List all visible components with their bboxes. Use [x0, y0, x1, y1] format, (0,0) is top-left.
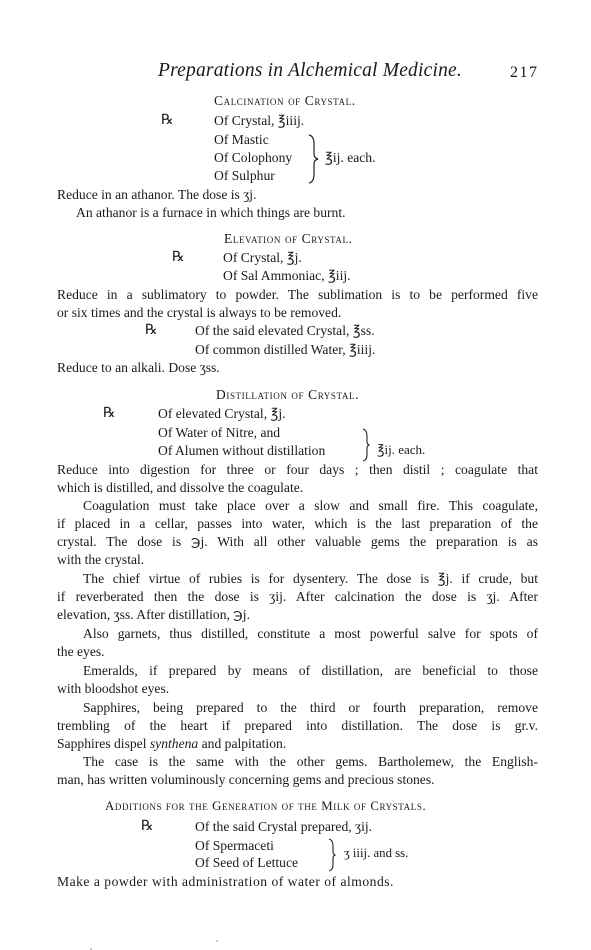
- brace-label: ℥ij. each.: [325, 150, 376, 166]
- body-line: with bloodshot eyes.: [57, 681, 169, 697]
- body-line: The case is the same with the other gems…: [83, 754, 538, 770]
- brace-label: ʒ iiij. and ss.: [344, 846, 408, 861]
- body-line: the eyes.: [57, 644, 105, 660]
- body-line: An athanor is a furnace in which things …: [76, 205, 346, 221]
- text-run: and palpitation.: [198, 736, 286, 751]
- ingredient-line: Of Seed of Lettuce: [195, 855, 298, 871]
- book-page: Preparations in Alchemical Medicine. 217…: [0, 0, 591, 950]
- body-line: Reduce in a sublimatory to powder. The s…: [57, 287, 538, 303]
- ingredient-line: Of common distilled Water, ℥iiij.: [195, 342, 375, 358]
- section-heading-distillation: Distillation of Crystal.: [216, 387, 359, 403]
- rx-symbol: ℞: [145, 322, 158, 339]
- ingredient-line: Of Sal Ammoniac, ℥iij.: [223, 268, 351, 284]
- ingredient-line: Of Water of Nitre, and: [158, 425, 280, 441]
- rx-symbol: ℞: [141, 818, 154, 835]
- ingredient-line: Of Alumen without distillation: [158, 443, 325, 459]
- ingredient-line: Of Sulphur: [214, 168, 275, 184]
- body-line: Also garnets, thus distilled, constitute…: [83, 626, 538, 642]
- ingredient-line: Of Colophony: [214, 150, 292, 166]
- rx-symbol: ℞: [103, 405, 116, 422]
- body-line: if placed in a cellar, passes into water…: [57, 516, 538, 532]
- rx-symbol: ℞: [161, 112, 174, 129]
- section-heading-elevation: Elevation of Crystal.: [224, 231, 353, 247]
- body-line: trembling of the heart if prepared into …: [57, 718, 538, 734]
- body-line: The chief virtue of rubies is for dysent…: [83, 571, 538, 587]
- body-line: if reverberated then the dose is ʒij. Af…: [57, 589, 538, 605]
- body-line: elevation, ʒss. After distillation, ℈j.: [57, 607, 250, 623]
- text-run: Sapphires dispel: [57, 736, 150, 751]
- body-line: with the crystal.: [57, 552, 144, 568]
- ingredient-line: Of elevated Crystal, ℥j.: [158, 406, 286, 422]
- body-line: Reduce to an alkali. Dose ʒss.: [57, 360, 220, 376]
- brace-icon: [361, 428, 371, 462]
- section-heading-calcination: Calcination of Crystal.: [214, 93, 356, 109]
- page-number: 217: [510, 64, 539, 82]
- body-line: crystal. The dose is ℈j. With all other …: [57, 534, 538, 550]
- rx-symbol: ℞: [172, 249, 185, 266]
- ingredient-line: Of Crystal, ℥iiij.: [214, 113, 304, 129]
- section-heading-milk: Additions for the Generation of the Milk…: [105, 799, 426, 814]
- body-line: Coagulation must take place over a slow …: [83, 498, 538, 514]
- body-line: Reduce into digestion for three or four …: [57, 462, 538, 478]
- ingredient-line: Of Mastic: [214, 132, 269, 148]
- body-line: Sapphires, being prepared to the third o…: [83, 700, 538, 716]
- body-line: which is distilled, and dissolve the coa…: [57, 480, 303, 496]
- body-line: man, has written voluminously concerning…: [57, 772, 435, 788]
- brace-icon: [306, 134, 320, 184]
- brace-icon: [327, 838, 337, 872]
- running-title: Preparations in Alchemical Medicine.: [158, 60, 462, 82]
- ingredient-line: Of the said Crystal prepared, ʒij.: [195, 819, 372, 835]
- italic-term: synthena: [150, 736, 198, 751]
- brace-label: ℥ij. each.: [377, 442, 425, 458]
- body-line: Make a powder with administration of wat…: [57, 874, 394, 890]
- body-line: Reduce in an athanor. The dose is ʒj.: [57, 187, 256, 203]
- ingredient-line: Of Crystal, ℥j.: [223, 250, 302, 266]
- ingredient-line: Of Spermaceti: [195, 838, 274, 854]
- scan-speck: [216, 940, 218, 942]
- ingredient-line: Of the said elevated Crystal, ℥ss.: [195, 323, 375, 339]
- body-line: Sapphires dispel synthena and palpitatio…: [57, 736, 286, 752]
- body-line: or six times and the crystal is always t…: [57, 305, 341, 321]
- body-line: Emeralds, if prepared by means of distil…: [83, 663, 538, 679]
